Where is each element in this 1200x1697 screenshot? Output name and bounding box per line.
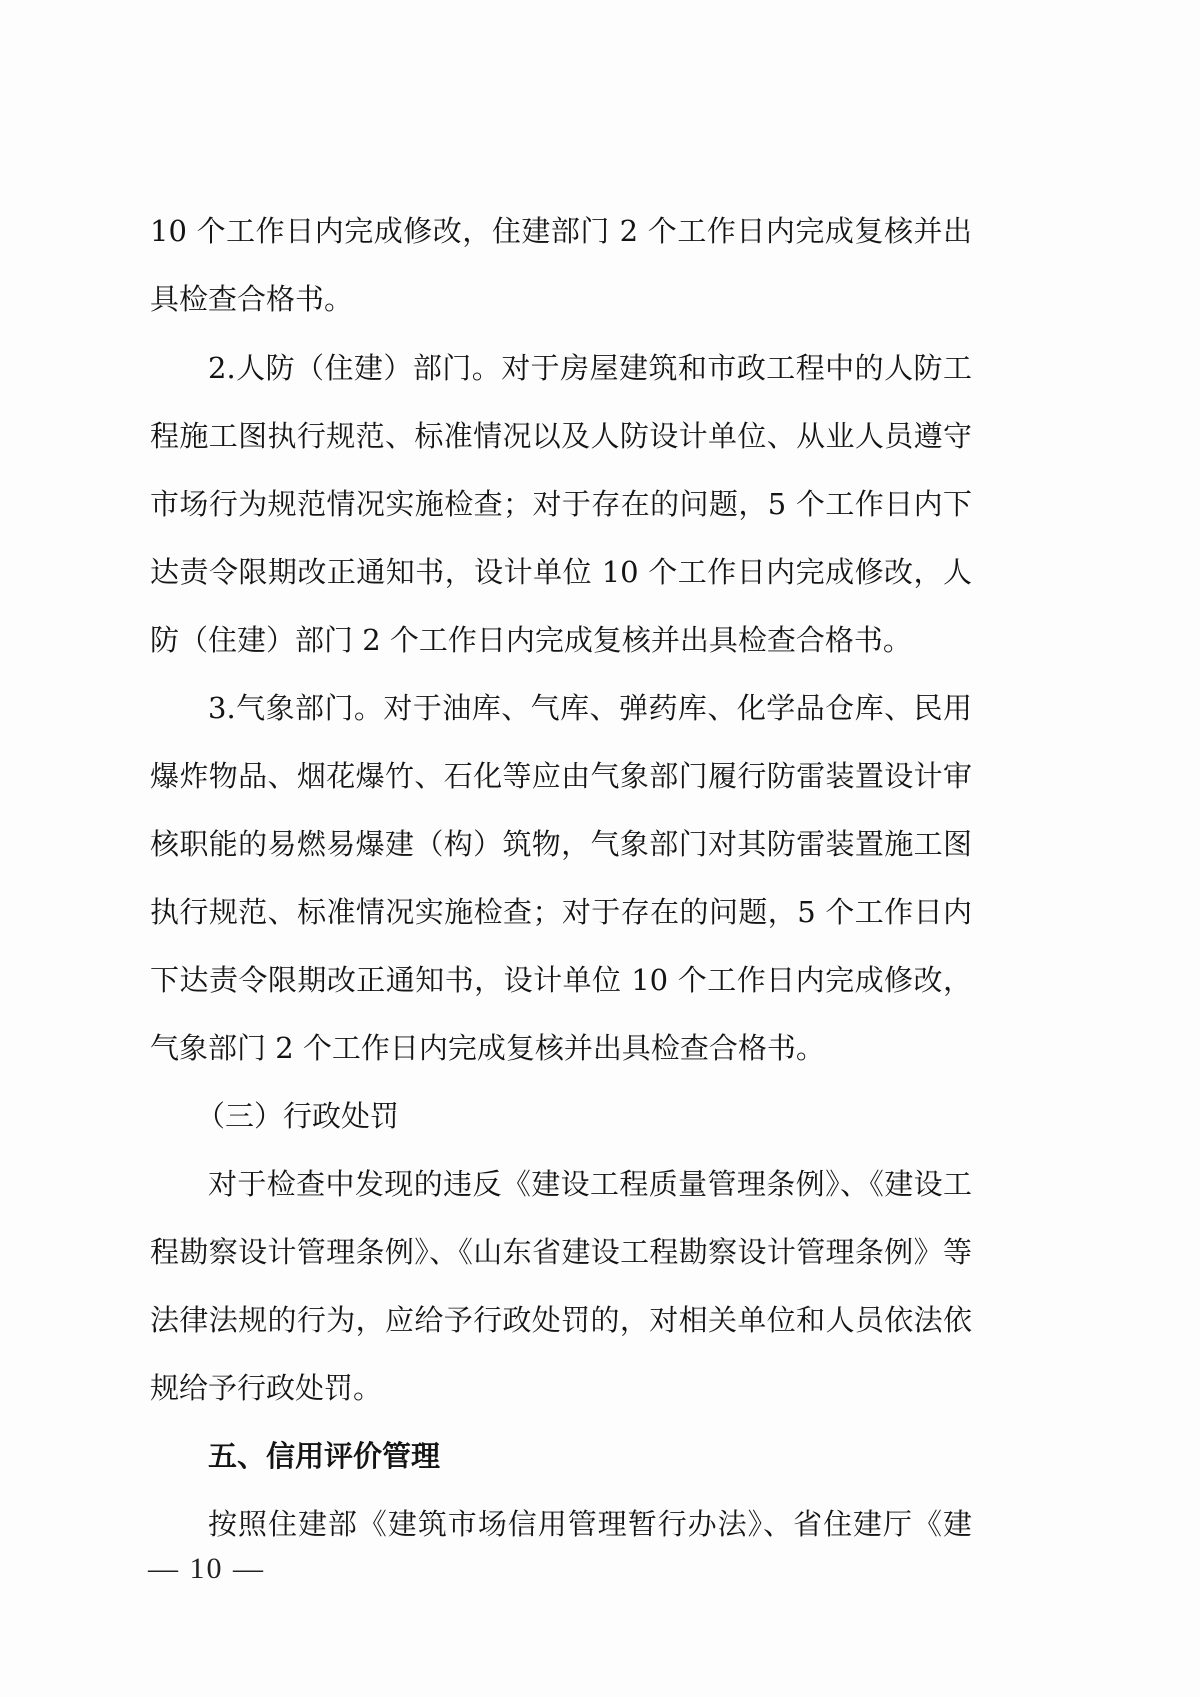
paragraph-line: 市场行为规范情况实施检查；对于存在的问题，5 个工作日内下 xyxy=(150,480,972,528)
paragraph-line: 3.气象部门。对于油库、气库、弹药库、化学品仓库、民用 xyxy=(208,684,972,732)
paragraph-line: 爆炸物品、烟花爆竹、石化等应由气象部门履行防雷装置设计审 xyxy=(150,752,972,800)
paragraph-line: 10 个工作日内完成修改，住建部门 2 个工作日内完成复核并出 xyxy=(150,207,972,255)
paragraph-line: 具检查合格书。 xyxy=(150,275,972,323)
paragraph-line: 下达责令限期改正通知书，设计单位 10 个工作日内完成修改， xyxy=(150,956,972,1004)
paragraph-line: 对于检查中发现的违反《建设工程质量管理条例》、《建设工 xyxy=(208,1160,972,1208)
paragraph-line: 2.人防（住建）部门。对于房屋建筑和市政工程中的人防工 xyxy=(208,344,972,392)
paragraph-line: 执行规范、标准情况实施检查；对于存在的问题，5 个工作日内 xyxy=(150,888,972,936)
paragraph-line: 防（住建）部门 2 个工作日内完成复核并出具检查合格书。 xyxy=(150,616,972,664)
paragraph-line: 法律法规的行为，应给予行政处罚的，对相关单位和人员依法依 xyxy=(150,1296,972,1344)
document-page: 10 个工作日内完成修改，住建部门 2 个工作日内完成复核并出 具检查合格书。 … xyxy=(0,0,1200,1697)
page-number: — 10 — xyxy=(148,1552,265,1586)
section-subheading: （三）行政处罚 xyxy=(196,1092,960,1140)
paragraph-line: 达责令限期改正通知书，设计单位 10 个工作日内完成修改，人 xyxy=(150,548,972,596)
paragraph-line: 规给予行政处罚。 xyxy=(150,1364,972,1412)
paragraph-line: 程施工图执行规范、标准情况以及人防设计单位、从业人员遵守 xyxy=(150,412,972,460)
paragraph-line: 气象部门 2 个工作日内完成复核并出具检查合格书。 xyxy=(150,1024,972,1072)
paragraph-line: 核职能的易燃易爆建（构）筑物，气象部门对其防雷装置施工图 xyxy=(150,820,972,868)
section-heading: 五、信用评价管理 xyxy=(208,1432,972,1480)
paragraph-line: 程勘察设计管理条例》、《山东省建设工程勘察设计管理条例》等 xyxy=(150,1228,972,1276)
paragraph-line: 按照住建部《建筑市场信用管理暂行办法》、省住建厅《建 xyxy=(208,1500,972,1548)
